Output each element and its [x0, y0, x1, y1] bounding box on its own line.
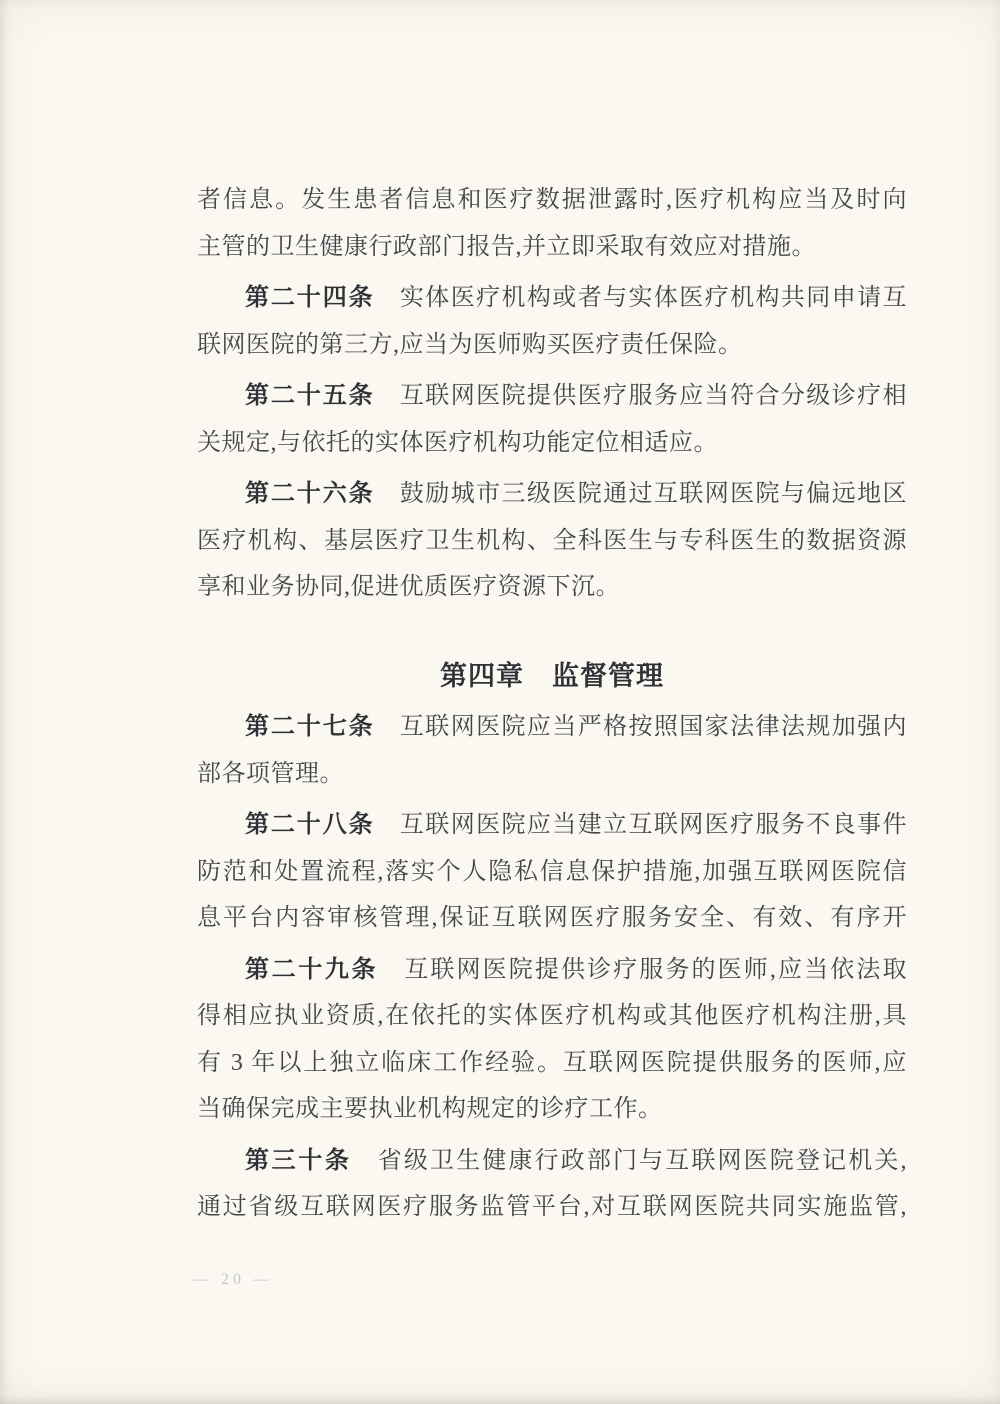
article-paragraph: 第二十五条 互联网医院提供医疗服务应当符合分级诊疗相关规定,与依托的实体医疗机构…	[197, 373, 907, 466]
article-number: 第二十九条	[245, 956, 378, 983]
article-paragraph: 第二十七条 互联网医院应当严格按照国家法律法规加强内部各项管理。	[197, 704, 907, 797]
text-line: 关规定,与依托的实体医疗机构功能定位相适应。	[197, 420, 907, 467]
text-line: 医疗机构、基层医疗卫生机构、全科医生与专科医生的数据资源共	[197, 518, 907, 565]
article-paragraph: 第二十四条 实体医疗机构或者与实体医疗机构共同申请互联网医院的第三方,应当为医师…	[197, 275, 907, 368]
text-line: 息平台内容审核管理,保证互联网医疗服务安全、有效、有序开展。	[197, 895, 907, 942]
text-line: 得相应执业资质,在依托的实体医疗机构或其他医疗机构注册,具	[197, 993, 907, 1040]
article-number: 第二十五条	[245, 382, 375, 409]
text-line: 者信息。发生患者信息和医疗数据泄露时,医疗机构应当及时向	[197, 177, 907, 224]
scanned-document-page: 者信息。发生患者信息和医疗数据泄露时,医疗机构应当及时向主管的卫生健康行政部门报…	[0, 0, 1000, 1404]
text-line: 主管的卫生健康行政部门报告,并立即采取有效应对措施。	[197, 224, 907, 271]
text-line: 第三十条 省级卫生健康行政部门与互联网医院登记机关,	[197, 1138, 907, 1185]
article-paragraph: 第二十八条 互联网医院应当建立互联网医疗服务不良事件防范和处置流程,落实个人隐私…	[197, 802, 907, 942]
article-number: 第二十六条	[245, 480, 375, 507]
text-line: 第二十四条 实体医疗机构或者与实体医疗机构共同申请互	[197, 275, 907, 322]
text-line: 第二十五条 互联网医院提供医疗服务应当符合分级诊疗相	[197, 373, 907, 420]
article-number: 第二十四条	[245, 284, 375, 311]
paragraph: 者信息。发生患者信息和医疗数据泄露时,医疗机构应当及时向主管的卫生健康行政部门报…	[197, 177, 907, 270]
chapter-heading: 第四章 监督管理	[197, 653, 907, 700]
document-body: 者信息。发生患者信息和医疗数据泄露时,医疗机构应当及时向主管的卫生健康行政部门报…	[197, 177, 907, 1231]
text-line: 第二十六条 鼓励城市三级医院通过互联网医院与偏远地区	[197, 471, 907, 518]
text-line: 当确保完成主要执业机构规定的诊疗工作。	[197, 1086, 907, 1133]
text-line: 防范和处置流程,落实个人隐私信息保护措施,加强互联网医院信	[197, 849, 907, 896]
text-line: 有 3 年以上独立临床工作经验。互联网医院提供服务的医师,应	[197, 1040, 907, 1087]
article-paragraph: 第二十六条 鼓励城市三级医院通过互联网医院与偏远地区医疗机构、基层医疗卫生机构、…	[197, 471, 907, 611]
text-line: 通过省级互联网医疗服务监管平台,对互联网医院共同实施监管,	[197, 1184, 907, 1231]
article-paragraph: 第三十条 省级卫生健康行政部门与互联网医院登记机关,通过省级互联网医疗服务监管平…	[197, 1138, 907, 1231]
article-number: 第三十条	[245, 1147, 352, 1174]
text-line: 联网医院的第三方,应当为医师购买医疗责任保险。	[197, 322, 907, 369]
text-line: 第二十八条 互联网医院应当建立互联网医疗服务不良事件	[197, 802, 907, 849]
article-number: 第二十七条	[245, 713, 375, 740]
text-line: 第二十七条 互联网医院应当严格按照国家法律法规加强内	[197, 704, 907, 751]
article-paragraph: 第二十九条 互联网医院提供诊疗服务的医师,应当依法取得相应执业资质,在依托的实体…	[197, 947, 907, 1133]
page-number: — 20 —	[178, 1265, 288, 1295]
article-number: 第二十八条	[245, 811, 375, 838]
text-line: 部各项管理。	[197, 751, 907, 798]
text-line: 享和业务协同,促进优质医疗资源下沉。	[197, 564, 907, 611]
text-line: 第二十九条 互联网医院提供诊疗服务的医师,应当依法取	[197, 947, 907, 994]
